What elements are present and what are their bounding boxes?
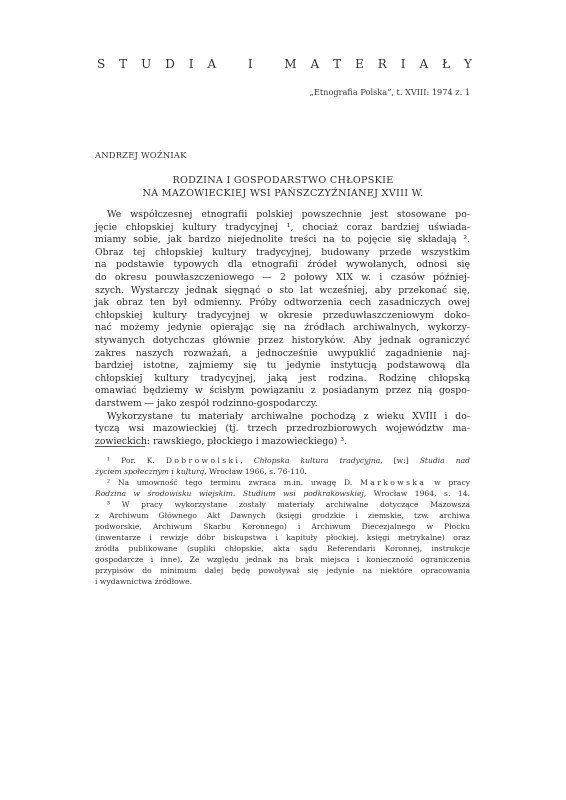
body-line: stywanych dotychczas głównie przez histo… <box>95 335 470 348</box>
journal-reference: „Etnografia Polska”, t. XVIII: 1974 z. 1 <box>310 87 470 97</box>
footnote-author: Markowska <box>360 478 426 487</box>
body-line: darstwem — jako zespół rodzinno-gospodar… <box>95 398 470 411</box>
series-letter: U <box>141 57 151 71</box>
footnote-text: , Wrocław 1964, s. 14. <box>364 489 470 498</box>
body-line: do okresu pouwłaszczeniowego — 2 połowy … <box>95 272 470 285</box>
body-line: na podstawie typowych dla etnografii źró… <box>95 259 470 272</box>
body-line: Wykorzystane tu materiały archiwalne poc… <box>107 411 470 424</box>
footnote-3-line: gospodarcze i inne). Ze względu jednak n… <box>95 555 470 566</box>
footnote-text: ¹ Por. K. <box>107 456 166 465</box>
series-letter: A <box>419 57 428 71</box>
body-line: nać możemy jedynie opierając się na źród… <box>95 322 470 335</box>
body-line: omawiać będziemy w ścisłym powiązaniu z … <box>95 385 470 398</box>
series-letter: A <box>207 57 216 71</box>
series-letter: Ł <box>442 57 450 71</box>
series-letter: I <box>401 57 406 71</box>
article-title-line-1: RODZINA I GOSPODARSTWO CHŁOPSKIE <box>0 175 566 186</box>
body-line: zakres naszych rozważań, a jednocześnie … <box>95 348 470 361</box>
footnote-separator <box>95 446 145 447</box>
series-letter: Y <box>464 57 472 71</box>
footnote-text: , <box>240 456 253 465</box>
footnote-work-title: Chłopska kultura tradycyjna <box>254 456 380 465</box>
footnote-text: , [w:] <box>380 456 419 465</box>
body-line: chłopskiej kultury tradycyjnej w okresie… <box>95 310 470 323</box>
footnote-3-line: źródła publikowane (suplikі chłopskie, a… <box>95 544 470 555</box>
footnote-3-line: podworskie, Archiwum Skarbu Koronnego) i… <box>95 522 470 533</box>
series-gap <box>267 57 271 71</box>
series-letter: I <box>189 57 194 71</box>
footnote-3-line: z Archiwum Głównego Akt Dawnych (księgi … <box>95 511 470 522</box>
footnote-3-line: ³ W pracy wykorzystane zostały materiały… <box>107 500 470 511</box>
footnote-text: ² Na umowność tego terminu zwraca m.in. … <box>107 478 360 487</box>
footnote-3-line: (inwentarze i rewizje dóbr biskupstwa i … <box>95 533 470 544</box>
footnote-text: w pracy <box>426 478 470 487</box>
series-letter: T <box>119 57 127 71</box>
series-letter: I <box>248 57 253 71</box>
footnote-1-line-1: ¹ Por. K. Dobrowolski, Chłopska kultura … <box>107 456 470 467</box>
body-line: bardziej istotne, zajmiemy się tu jedyni… <box>95 360 470 373</box>
footnote-series-title: życiem społecznym i kulturą <box>95 467 204 476</box>
series-letter: E <box>355 57 364 71</box>
body-line: zowieckich: rawskiego, płockiego i mazow… <box>95 436 470 449</box>
footnote-3-line: przypisów do minimum dalej będę powoływa… <box>95 566 470 577</box>
series-letter: A <box>311 57 320 71</box>
series-letter: D <box>165 57 175 71</box>
series-letter: M <box>284 57 296 71</box>
body-line: miamy sobie, jak bardzo niejednolite tre… <box>95 234 470 247</box>
footnote-work-title: Rodzina w środowisku wiejskim. Studium w… <box>95 489 364 498</box>
body-line: szych. Wystarczy jednak sięgnąć o sto la… <box>95 285 470 298</box>
body-line: Obraz tej chłopskiej kultury tradycyjnej… <box>95 247 470 260</box>
footnote-1-line-2: życiem społecznym i kulturą, Wrocław 196… <box>95 467 470 478</box>
footnote-series-title: Studia nad <box>420 456 470 465</box>
article-title-line-2: NA MAZOWIECKIEJ WSI PAŃSZCZYŹNIANEJ XVII… <box>0 188 566 199</box>
body-line: jęcie chłopskiej kultury tradycyjnej ¹, … <box>95 222 470 235</box>
footnote-2-line-1: ² Na umowność tego terminu zwraca m.in. … <box>107 478 470 489</box>
series-letter: R <box>378 57 387 71</box>
footnote-text: , Wrocław 1966, s. 76-110. <box>204 467 307 476</box>
series-gap <box>230 57 234 71</box>
article-author: ANDRZEJ WOŹNIAK <box>95 150 187 160</box>
series-letter: T <box>333 57 341 71</box>
body-line: chłopskiej kultury tradycyjnej, jaką jes… <box>95 373 470 386</box>
body-line: jak obraz ten był odmienny. Próby odtwor… <box>95 297 470 310</box>
series-title: S T U D I A I M A T E R I A Ł Y <box>97 57 472 71</box>
footnote-author: Dobrowolski <box>166 456 241 465</box>
body-line: tyczą wsi mazowieckiej (tj. trzech przed… <box>95 423 470 436</box>
footnote-2-line-2: Rodzina w środowisku wiejskim. Studium w… <box>95 489 470 500</box>
body-line: We współczesnej etnografii polskiej pows… <box>107 209 470 222</box>
series-letter: S <box>97 57 105 71</box>
footnote-3-line: i wydawnictwa źródłowe. <box>95 577 470 588</box>
